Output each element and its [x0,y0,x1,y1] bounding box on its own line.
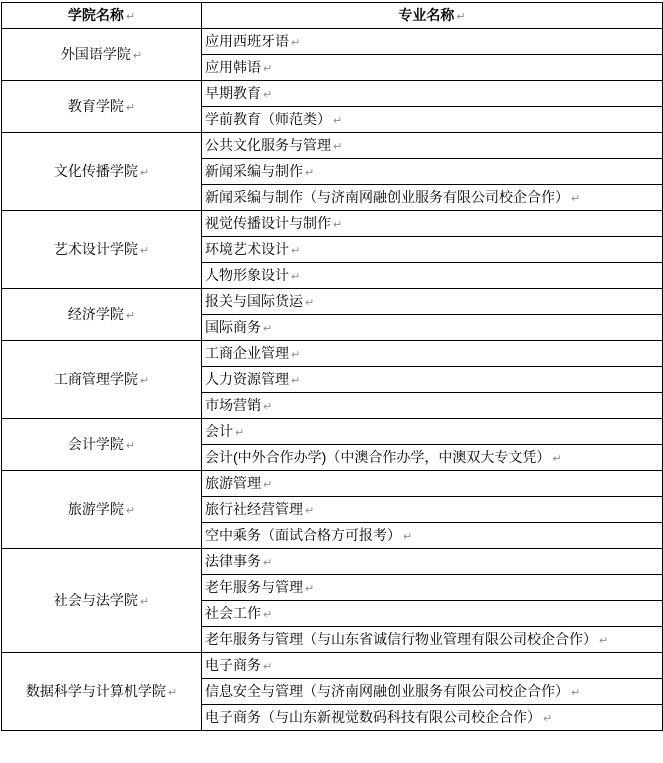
major-name-cell: 早期教育↵ [202,81,663,107]
header-major-name: 专业名称↵ [202,3,663,29]
college-name-label: 会计学院 [68,436,124,452]
major-name-label: 应用韩语 [205,59,261,75]
paragraph-mark-icon: ↵ [263,89,272,101]
paragraph-mark-icon: ↵ [305,505,314,517]
paragraph-mark-icon: ↵ [263,661,272,673]
major-name-label: 国际商务 [205,319,261,335]
table-row: 外国语学院↵应用西班牙语↵ [2,29,663,55]
paragraph-mark-icon: ↵ [126,440,135,452]
header-college-label: 学院名称 [68,7,124,23]
college-name-cell: 数据科学与计算机学院↵ [2,653,202,731]
major-name-label: 会计 [205,423,233,439]
paragraph-mark-icon: ↵ [140,245,149,257]
major-name-cell: 报关与国际货运↵ [202,289,663,315]
table-row: 社会与法学院↵法律事务↵ [2,549,663,575]
table-row: 工商管理学院↵工商企业管理↵ [2,341,663,367]
major-name-label: 环境艺术设计 [205,241,289,257]
paragraph-mark-icon: ↵ [291,375,300,387]
college-name-label: 社会与法学院 [54,592,138,608]
major-name-label: 电子商务 [205,657,261,673]
college-name-cell: 工商管理学院↵ [2,341,202,419]
paragraph-mark-icon: ↵ [305,297,314,309]
major-name-cell: 老年服务与管理（与山东省诚信行物业管理有限公司校企合作）↵ [202,627,663,653]
header-college-name: 学院名称↵ [2,3,202,29]
major-name-label: 电子商务（与山东新视觉数码科技有限公司校企合作） [205,709,541,725]
major-name-label: 空中乘务（面试合格方可报考） [205,527,401,543]
major-name-cell: 人力资源管理↵ [202,367,663,393]
table-row: 数据科学与计算机学院↵电子商务↵ [2,653,663,679]
major-name-label: 人物形象设计 [205,267,289,283]
college-name-label: 经济学院 [68,306,124,322]
major-name-label: 视觉传播设计与制作 [205,215,331,231]
table-header-row: 学院名称↵ 专业名称↵ [2,3,663,29]
major-name-cell: 国际商务↵ [202,315,663,341]
major-name-cell: 旅行社经营管理↵ [202,497,663,523]
paragraph-mark-icon: ↵ [305,583,314,595]
major-name-label: 市场营销 [205,397,261,413]
paragraph-mark-icon: ↵ [333,219,342,231]
major-name-label: 社会工作 [205,605,261,621]
college-name-cell: 艺术设计学院↵ [2,211,202,289]
college-name-cell: 教育学院↵ [2,81,202,133]
table-row: 教育学院↵早期教育↵ [2,81,663,107]
paragraph-mark-icon: ↵ [333,141,342,153]
paragraph-mark-icon: ↵ [126,11,135,23]
major-name-cell: 旅游管理↵ [202,471,663,497]
paragraph-mark-icon: ↵ [305,167,314,179]
college-name-label: 艺术设计学院 [54,241,138,257]
major-name-cell: 空中乘务（面试合格方可报考）↵ [202,523,663,549]
major-name-label: 老年服务与管理（与山东省诚信行物业管理有限公司校企合作） [205,631,597,647]
college-name-label: 教育学院 [68,98,124,114]
table-row: 旅游学院↵旅游管理↵ [2,471,663,497]
major-name-label: 新闻采编与制作 [205,163,303,179]
major-name-cell: 新闻采编与制作（与济南网融创业服务有限公司校企合作）↵ [202,185,663,211]
major-name-cell: 视觉传播设计与制作↵ [202,211,663,237]
paragraph-mark-icon: ↵ [599,635,608,647]
college-name-cell: 经济学院↵ [2,289,202,341]
paragraph-mark-icon: ↵ [571,193,580,205]
college-name-label: 文化传播学院 [54,163,138,179]
major-name-cell: 会计(中外合作办学)（中澳合作办学，中澳双大专文凭）↵ [202,445,663,471]
paragraph-mark-icon: ↵ [126,505,135,517]
paragraph-mark-icon: ↵ [333,115,342,127]
major-name-cell: 老年服务与管理↵ [202,575,663,601]
college-name-label: 外国语学院 [61,46,131,62]
major-name-cell: 应用西班牙语↵ [202,29,663,55]
major-name-cell: 环境艺术设计↵ [202,237,663,263]
major-name-label: 报关与国际货运 [205,293,303,309]
major-name-label: 旅行社经营管理 [205,501,303,517]
paragraph-mark-icon: ↵ [126,102,135,114]
college-name-cell: 外国语学院↵ [2,29,202,81]
major-name-label: 旅游管理 [205,475,261,491]
document-page: 学院名称↵ 专业名称↵ 外国语学院↵应用西班牙语↵应用韩语↵教育学院↵早期教育↵… [0,0,663,763]
paragraph-mark-icon: ↵ [140,375,149,387]
table-body: 外国语学院↵应用西班牙语↵应用韩语↵教育学院↵早期教育↵学前教育（师范类）↵文化… [2,29,663,731]
major-name-cell: 会计↵ [202,419,663,445]
college-name-cell: 旅游学院↵ [2,471,202,549]
college-name-label: 旅游学院 [68,501,124,517]
college-name-cell: 社会与法学院↵ [2,549,202,653]
paragraph-mark-icon: ↵ [456,11,465,23]
paragraph-mark-icon: ↵ [263,401,272,413]
major-name-label: 人力资源管理 [205,371,289,387]
header-major-label: 专业名称 [398,7,454,23]
major-name-label: 法律事务 [205,553,261,569]
major-name-label: 早期教育 [205,85,261,101]
paragraph-mark-icon: ↵ [543,713,552,725]
paragraph-mark-icon: ↵ [263,63,272,75]
college-major-table: 学院名称↵ 专业名称↵ 外国语学院↵应用西班牙语↵应用韩语↵教育学院↵早期教育↵… [1,2,663,731]
paragraph-mark-icon: ↵ [291,37,300,49]
paragraph-mark-icon: ↵ [263,323,272,335]
paragraph-mark-icon: ↵ [133,50,142,62]
major-name-label: 工商企业管理 [205,345,289,361]
table-row: 经济学院↵报关与国际货运↵ [2,289,663,315]
table-row: 艺术设计学院↵视觉传播设计与制作↵ [2,211,663,237]
major-name-label: 新闻采编与制作（与济南网融创业服务有限公司校企合作） [205,189,569,205]
table-row: 会计学院↵会计↵ [2,419,663,445]
major-name-cell: 人物形象设计↵ [202,263,663,289]
college-name-cell: 文化传播学院↵ [2,133,202,211]
major-name-label: 公共文化服务与管理 [205,137,331,153]
paragraph-mark-icon: ↵ [140,167,149,179]
major-name-cell: 电子商务↵ [202,653,663,679]
paragraph-mark-icon: ↵ [263,557,272,569]
major-name-label: 信息安全与管理（与济南网融创业服务有限公司校企合作） [205,683,569,699]
paragraph-mark-icon: ↵ [263,609,272,621]
major-name-cell: 社会工作↵ [202,601,663,627]
college-name-label: 数据科学与计算机学院 [26,683,166,699]
major-name-label: 应用西班牙语 [205,33,289,49]
paragraph-mark-icon: ↵ [571,687,580,699]
major-name-label: 老年服务与管理 [205,579,303,595]
major-name-cell: 新闻采编与制作↵ [202,159,663,185]
major-name-cell: 应用韩语↵ [202,55,663,81]
major-name-cell: 市场营销↵ [202,393,663,419]
paragraph-mark-icon: ↵ [126,310,135,322]
major-name-cell: 学前教育（师范类）↵ [202,107,663,133]
paragraph-mark-icon: ↵ [403,531,412,543]
paragraph-mark-icon: ↵ [263,479,272,491]
paragraph-mark-icon: ↵ [291,245,300,257]
paragraph-mark-icon: ↵ [291,349,300,361]
paragraph-mark-icon: ↵ [168,687,177,699]
paragraph-mark-icon: ↵ [140,596,149,608]
major-name-cell: 信息安全与管理（与济南网融创业服务有限公司校企合作）↵ [202,679,663,705]
table-row: 文化传播学院↵公共文化服务与管理↵ [2,133,663,159]
major-name-cell: 法律事务↵ [202,549,663,575]
paragraph-mark-icon: ↵ [235,427,244,439]
paragraph-mark-icon: ↵ [552,453,561,465]
paragraph-mark-icon: ↵ [291,271,300,283]
major-name-cell: 电子商务（与山东新视觉数码科技有限公司校企合作）↵ [202,705,663,731]
college-name-cell: 会计学院↵ [2,419,202,471]
college-name-label: 工商管理学院 [54,371,138,387]
major-name-label: 学前教育（师范类） [205,111,331,127]
major-name-label: 会计(中外合作办学)（中澳合作办学，中澳双大专文凭） [205,449,550,465]
major-name-cell: 公共文化服务与管理↵ [202,133,663,159]
major-name-cell: 工商企业管理↵ [202,341,663,367]
